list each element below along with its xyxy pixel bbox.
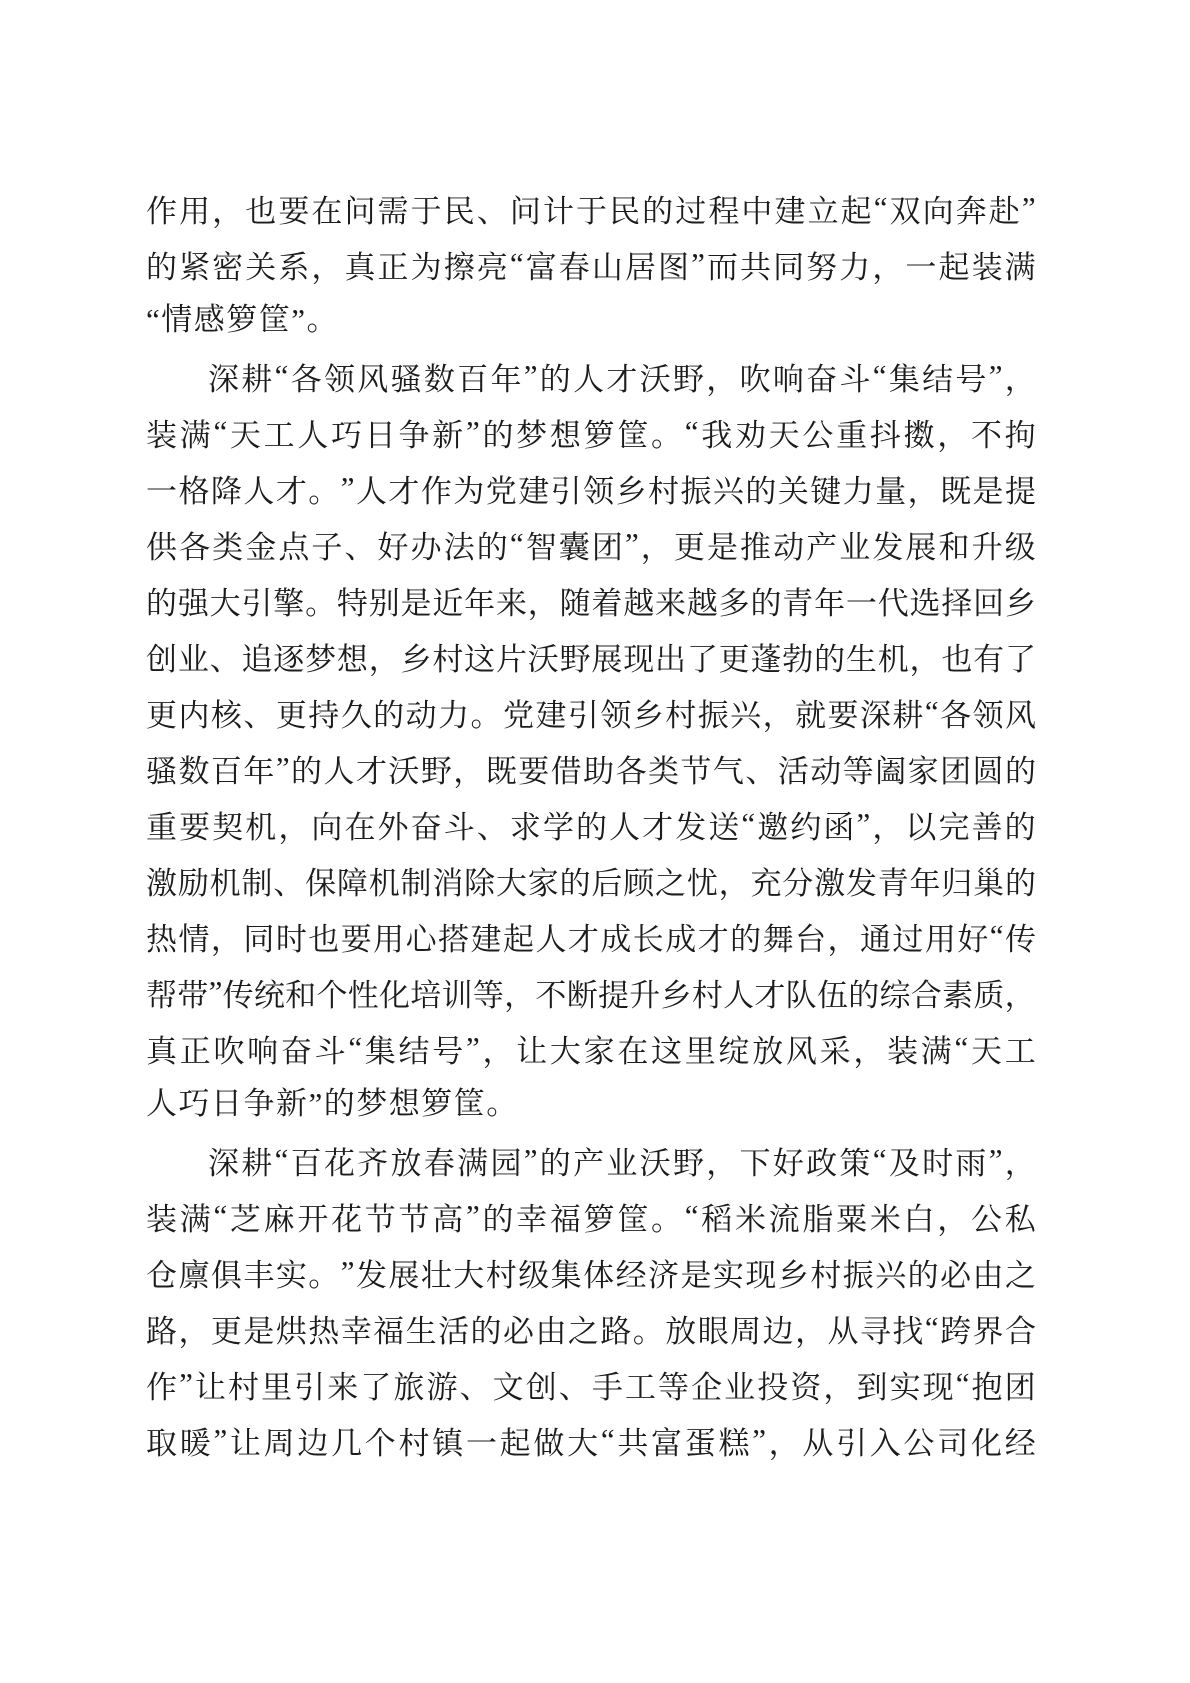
character-glyph: 中 — [741, 186, 772, 231]
character-glyph: 。 — [633, 1306, 664, 1351]
character-glyph: ， — [828, 914, 859, 959]
character-glyph: 努 — [806, 242, 837, 287]
character-glyph: 引 — [551, 466, 582, 511]
character-glyph: 奋 — [411, 802, 442, 847]
character-glyph: ” — [989, 358, 1003, 394]
text-line: “情感箩筐”。 — [146, 292, 1036, 348]
character-glyph: 天 — [971, 1026, 1002, 1071]
character-glyph: 来 — [655, 578, 686, 623]
character-glyph: ” — [625, 526, 639, 562]
character-glyph: 在 — [344, 802, 375, 847]
character-glyph: 和 — [938, 522, 969, 567]
character-glyph: 必 — [940, 1250, 971, 1295]
character-glyph: 找 — [892, 1306, 923, 1351]
character-glyph: 人 — [243, 466, 274, 511]
character-glyph: ， — [528, 578, 559, 623]
character-glyph: 善 — [972, 802, 1003, 847]
character-glyph: 斗 — [444, 802, 475, 847]
character-glyph: 断 — [567, 970, 598, 1015]
character-glyph: 镇 — [432, 1418, 463, 1463]
character-glyph: 领 — [973, 690, 1004, 735]
character-glyph: 。 — [651, 1194, 682, 1239]
character-glyph: 选 — [910, 578, 941, 623]
character-glyph: 振 — [680, 466, 711, 511]
character-glyph: 发 — [675, 802, 706, 847]
character-glyph: 的 — [814, 634, 845, 679]
character-glyph: 路 — [600, 1306, 631, 1351]
character-glyph: 于 — [576, 186, 607, 231]
character-glyph: 既 — [486, 746, 517, 791]
character-glyph: 近 — [432, 578, 463, 623]
character-glyph: 程 — [708, 186, 739, 231]
character-glyph: 要 — [179, 802, 210, 847]
character-glyph: 才 — [606, 354, 637, 399]
character-glyph: 装 — [146, 410, 177, 455]
character-glyph: 园 — [490, 1138, 521, 1183]
character-glyph: 放 — [391, 1138, 422, 1183]
character-glyph: 烘 — [276, 1306, 307, 1351]
character-glyph: 正 — [378, 242, 409, 287]
character-glyph: 业 — [606, 1138, 637, 1183]
character-glyph: ， — [211, 914, 242, 959]
character-glyph: “ — [741, 806, 755, 842]
character-glyph: 升 — [972, 522, 1003, 567]
character-glyph: 创 — [146, 634, 177, 679]
character-glyph: 量 — [875, 466, 906, 511]
character-glyph: 动 — [810, 746, 841, 791]
character-glyph: 沃 — [640, 354, 671, 399]
character-glyph: 的 — [560, 858, 591, 903]
character-glyph: 业 — [178, 634, 209, 679]
character-glyph: 公 — [802, 410, 833, 455]
character-glyph: ， — [504, 970, 535, 1015]
character-glyph: 年 — [490, 354, 521, 399]
character-glyph: 之 — [568, 1306, 599, 1351]
character-glyph: 家 — [528, 858, 559, 903]
character-glyph: 擎 — [273, 578, 304, 623]
character-glyph: 眼 — [698, 1306, 729, 1351]
character-glyph: 充 — [750, 858, 781, 903]
text-line: 深耕“各领风骚数百年”的人才沃野，吹响奋斗“集结号”， — [146, 348, 1036, 404]
character-glyph: ， — [1005, 354, 1036, 399]
character-glyph: 是 — [680, 1250, 711, 1295]
character-glyph: 择 — [941, 578, 972, 623]
character-glyph: ， — [908, 466, 939, 511]
character-glyph: 用 — [373, 914, 404, 959]
character-glyph: 我 — [701, 410, 732, 455]
character-glyph: 完 — [938, 802, 969, 847]
character-glyph: 边 — [763, 1306, 794, 1351]
character-glyph: ， — [1005, 1138, 1036, 1183]
character-glyph: 引 — [241, 578, 272, 623]
character-glyph: ， — [795, 1306, 826, 1351]
character-glyph: 手 — [592, 1362, 623, 1407]
character-glyph: 民 — [609, 186, 640, 231]
character-glyph: 的 — [373, 690, 404, 735]
character-glyph: 个 — [316, 970, 347, 1015]
character-glyph: ， — [763, 690, 794, 735]
character-glyph: 巧 — [331, 410, 362, 455]
character-glyph: 年 — [464, 578, 495, 623]
character-glyph: 放 — [665, 1306, 696, 1351]
character-glyph: 满 — [457, 1138, 488, 1183]
character-glyph: 向 — [923, 186, 954, 231]
character-glyph: 丰 — [243, 1250, 274, 1295]
character-glyph: 白 — [904, 1194, 935, 1239]
character-glyph: 团 — [1005, 1362, 1036, 1407]
character-glyph: ， — [823, 1362, 854, 1407]
character-glyph: 引 — [294, 1362, 325, 1407]
character-glyph: 的 — [1005, 802, 1036, 847]
character-glyph: 的 — [146, 578, 177, 623]
character-glyph: 的 — [291, 746, 322, 791]
character-glyph: 乡 — [616, 466, 647, 511]
character-glyph: 才 — [698, 914, 729, 959]
character-glyph: ， — [872, 802, 903, 847]
character-glyph: 以 — [905, 802, 936, 847]
character-glyph: 满 — [180, 1194, 211, 1239]
character-glyph: 投 — [757, 1362, 788, 1407]
character-glyph: 年 — [910, 858, 941, 903]
character-glyph: 春 — [559, 242, 590, 287]
character-glyph: 产 — [573, 1138, 604, 1183]
character-glyph: 是 — [243, 1306, 274, 1351]
character-glyph: 乡 — [1005, 578, 1036, 623]
character-glyph: 这 — [464, 634, 495, 679]
character-glyph: 助 — [583, 746, 614, 791]
character-glyph: ， — [937, 1194, 968, 1239]
character-glyph: 向 — [311, 802, 342, 847]
character-glyph: 日 — [365, 410, 396, 455]
character-glyph: 俱 — [211, 1250, 242, 1295]
character-glyph: 引 — [568, 690, 599, 735]
character-glyph: 采 — [820, 1026, 851, 1071]
character-glyph: “ — [275, 1142, 289, 1178]
character-glyph: 糕 — [718, 1418, 749, 1463]
character-glyph: 野 — [560, 634, 591, 679]
character-glyph: 幸 — [516, 1194, 547, 1239]
character-glyph: 用 — [179, 186, 210, 231]
character-glyph: 人 — [535, 914, 566, 959]
character-glyph: 想 — [337, 634, 368, 679]
character-glyph: 深 — [860, 690, 891, 735]
character-glyph: 界 — [973, 1306, 1004, 1351]
character-glyph: 机 — [245, 802, 276, 847]
character-glyph: 。 — [308, 466, 339, 511]
character-glyph: 制 — [401, 858, 432, 903]
character-glyph: 由 — [973, 1250, 1004, 1295]
character-glyph: 党 — [503, 690, 534, 735]
character-glyph: 多 — [719, 578, 750, 623]
character-glyph: 来 — [327, 1362, 358, 1407]
character-glyph: 。 — [471, 690, 502, 735]
character-glyph: “ — [685, 414, 699, 450]
character-glyph: 村 — [810, 1250, 841, 1295]
character-glyph: 法 — [444, 522, 475, 567]
character-glyph: “ — [874, 190, 888, 226]
character-glyph: 时 — [276, 914, 307, 959]
character-glyph: 民 — [444, 186, 475, 231]
character-glyph: 大 — [496, 858, 527, 903]
character-glyph: 深 — [208, 1138, 239, 1183]
character-glyph: 骚 — [146, 746, 177, 791]
character-glyph: 青 — [782, 578, 813, 623]
character-glyph: ， — [369, 634, 400, 679]
character-glyph: 风 — [1005, 690, 1036, 735]
character-glyph: 领 — [324, 354, 355, 399]
character-glyph: 求 — [510, 802, 541, 847]
character-glyph: 供 — [146, 522, 177, 567]
character-glyph: 斗 — [839, 354, 870, 399]
character-glyph: 村 — [665, 690, 696, 735]
character-glyph: 、 — [745, 746, 776, 791]
character-glyph: 风 — [786, 1026, 817, 1071]
character-glyph: 伍 — [817, 970, 848, 1015]
character-glyph: 。 — [651, 410, 682, 455]
character-glyph: 结 — [922, 354, 953, 399]
character-glyph: 在 — [311, 186, 342, 231]
character-glyph: 等 — [473, 970, 504, 1015]
character-glyph: 业 — [724, 1362, 755, 1407]
character-glyph: 综 — [880, 970, 911, 1015]
character-glyph: 带 — [177, 970, 208, 1015]
character-glyph: 经 — [1005, 1418, 1036, 1463]
character-glyph: 振 — [698, 690, 729, 735]
character-glyph: 机 — [210, 858, 241, 903]
character-glyph: 绽 — [718, 1026, 749, 1071]
character-glyph: 智 — [526, 522, 557, 567]
character-glyph: 不 — [535, 970, 566, 1015]
character-glyph: 领 — [600, 690, 631, 735]
character-glyph: ” — [691, 246, 705, 282]
character-glyph: 大 — [550, 1026, 581, 1071]
character-glyph: 好 — [773, 1138, 804, 1183]
character-glyph: 劝 — [735, 410, 766, 455]
character-glyph: 心 — [406, 914, 437, 959]
character-glyph: 拘 — [1005, 410, 1036, 455]
character-glyph: 耕 — [241, 1138, 272, 1183]
character-glyph: 传 — [1005, 914, 1036, 959]
character-glyph: 振 — [843, 1250, 874, 1295]
character-glyph: 百 — [291, 1138, 322, 1183]
character-glyph: 双 — [890, 186, 921, 231]
character-glyph: ” — [466, 1198, 480, 1234]
character-glyph: 真 — [344, 242, 375, 287]
character-glyph: 等 — [843, 746, 874, 791]
character-glyph: 传 — [223, 970, 254, 1015]
character-glyph: 山 — [592, 242, 623, 287]
document-text-block: 作用，也要在问需于民、问计于民的过程中建立起“双向奔赴”的紧密关系，真正为擦亮“… — [146, 180, 1036, 1468]
character-glyph: 赴 — [989, 186, 1020, 231]
character-glyph: 下 — [740, 1138, 771, 1183]
character-glyph: 着 — [591, 578, 622, 623]
character-glyph: 不 — [971, 410, 1002, 455]
character-glyph: 持 — [308, 690, 339, 735]
character-glyph: 号 — [955, 354, 986, 399]
character-glyph: 大 — [210, 578, 241, 623]
character-glyph: 生 — [846, 634, 877, 679]
character-glyph: 筐 — [617, 410, 648, 455]
character-glyph: 花 — [324, 1138, 355, 1183]
character-glyph: 活 — [438, 1306, 469, 1351]
character-glyph: 吹 — [740, 354, 771, 399]
character-glyph: ” — [524, 1142, 538, 1178]
character-glyph: 逐 — [273, 634, 304, 679]
character-glyph: 函 — [823, 802, 854, 847]
character-glyph: 从 — [828, 1306, 859, 1351]
text-line: 作”让村里引来了旅游、文创、手工等企业投资，到实现“抱团 — [146, 1356, 1036, 1412]
character-glyph: 系 — [278, 242, 309, 287]
character-glyph: “ — [955, 1030, 969, 1066]
character-glyph: 、 — [477, 186, 508, 231]
character-glyph: ， — [278, 802, 309, 847]
character-glyph: 的 — [730, 914, 761, 959]
character-glyph: 乡 — [633, 690, 664, 735]
character-glyph: 也 — [941, 634, 972, 679]
character-glyph: 数 — [424, 354, 455, 399]
character-glyph: 乡 — [778, 1250, 809, 1295]
character-glyph: 起 — [841, 186, 872, 231]
character-glyph: ， — [872, 242, 903, 287]
character-glyph: “ — [601, 1422, 615, 1458]
character-glyph: “ — [990, 918, 1004, 954]
character-glyph: 正 — [180, 1026, 211, 1071]
character-glyph: 长 — [633, 914, 664, 959]
character-glyph: 人 — [297, 410, 328, 455]
character-glyph: 的 — [471, 1306, 502, 1351]
character-glyph: 更 — [146, 690, 177, 735]
character-glyph: ” — [466, 414, 480, 450]
character-glyph: 重 — [836, 410, 867, 455]
character-glyph: 展 — [591, 634, 622, 679]
text-line: 更内核、更持久的动力。党建引领乡村振兴，就要深耕“各领风 — [146, 684, 1036, 740]
character-glyph: 化 — [379, 970, 410, 1015]
character-glyph: 更 — [211, 1306, 242, 1351]
character-glyph: 各 — [940, 690, 971, 735]
character-glyph: 才 — [388, 466, 419, 511]
character-glyph: 高 — [432, 1194, 463, 1239]
character-glyph: 新 — [432, 410, 463, 455]
character-glyph: 真 — [146, 1026, 177, 1071]
character-glyph: 起 — [938, 242, 969, 287]
character-glyph: 励 — [178, 858, 209, 903]
character-glyph: 人 — [573, 354, 604, 399]
character-glyph: 的 — [848, 970, 879, 1015]
character-glyph: 了 — [1005, 634, 1036, 679]
character-glyph: 满 — [1005, 242, 1036, 287]
character-glyph: 由 — [535, 1306, 566, 1351]
character-glyph: 越 — [623, 578, 654, 623]
character-glyph: 内 — [178, 690, 209, 735]
character-glyph: ， — [910, 634, 941, 679]
character-glyph: 力 — [438, 690, 469, 735]
character-glyph: 人 — [609, 802, 640, 847]
character-glyph: 沃 — [640, 1138, 671, 1183]
character-glyph: 之 — [655, 858, 686, 903]
character-glyph: 节 — [399, 1194, 430, 1239]
character-glyph: 的 — [745, 466, 776, 511]
character-glyph: 春 — [424, 1138, 455, 1183]
character-glyph: 好 — [957, 914, 988, 959]
character-glyph: 为 — [411, 242, 442, 287]
character-glyph: 个 — [365, 1418, 396, 1463]
character-glyph: 现 — [923, 1362, 954, 1407]
character-glyph: 引 — [836, 1418, 867, 1463]
character-glyph: 紧 — [179, 242, 210, 287]
character-glyph: ” — [276, 750, 290, 786]
character-glyph: 沃 — [388, 746, 419, 791]
character-glyph: ， — [178, 1306, 209, 1351]
character-glyph: 人 — [356, 466, 387, 511]
character-glyph: 集 — [889, 354, 920, 399]
character-glyph: 抖 — [870, 410, 901, 455]
character-glyph: ” — [856, 806, 870, 842]
character-glyph: “ — [348, 1030, 362, 1066]
character-glyph: “ — [510, 246, 524, 282]
character-glyph: 福 — [373, 1306, 404, 1351]
character-glyph: 、 — [243, 690, 274, 735]
character-glyph: ， — [769, 1418, 800, 1463]
character-glyph: 起 — [503, 914, 534, 959]
character-glyph: 升 — [629, 970, 660, 1015]
character-glyph: 后 — [591, 858, 622, 903]
character-glyph: 济 — [648, 1250, 679, 1295]
character-glyph: 合 — [1005, 1306, 1036, 1351]
character-glyph: 公 — [971, 1194, 1002, 1239]
character-glyph: 顾 — [623, 858, 654, 903]
character-glyph: 、 — [273, 858, 304, 903]
text-line: 作用，也要在问需于民、问计于民的过程中建立起“双向奔赴” — [146, 180, 1036, 236]
character-glyph: 点 — [278, 522, 309, 567]
character-glyph: 经 — [616, 1250, 647, 1295]
character-glyph: 百 — [211, 746, 242, 791]
character-glyph: 周 — [730, 1306, 761, 1351]
character-glyph: 格 — [178, 466, 209, 511]
character-glyph: “ — [213, 414, 227, 450]
text-line: 激励机制、保障机制消除大家的后顾之忧，充分激发青年归巢的 — [146, 852, 1036, 908]
character-glyph: 气 — [713, 746, 744, 791]
character-glyph: 推 — [740, 522, 771, 567]
character-glyph: 圆 — [973, 746, 1004, 791]
character-glyph: 的 — [750, 578, 781, 623]
character-glyph: 的 — [146, 242, 177, 287]
character-glyph: ， — [719, 858, 750, 903]
text-line: 骚数百年”的人才沃野，既要借助各类节气、活动等阖家团圆的 — [146, 740, 1036, 796]
character-glyph: 动 — [406, 690, 437, 735]
character-glyph: 要 — [341, 914, 372, 959]
character-glyph: 发 — [872, 522, 903, 567]
character-glyph: 于 — [411, 186, 442, 231]
character-glyph: 的 — [540, 1138, 571, 1183]
character-glyph: 消 — [432, 858, 463, 903]
character-glyph: 关 — [778, 466, 809, 511]
character-glyph: 提 — [1005, 466, 1036, 511]
character-glyph: ” — [209, 974, 223, 1010]
character-glyph: 、 — [460, 1362, 491, 1407]
character-glyph: 兴 — [713, 466, 744, 511]
character-glyph: 现 — [745, 1250, 776, 1295]
character-glyph: 米 — [735, 1194, 766, 1239]
character-glyph: 现 — [623, 634, 654, 679]
character-glyph: 需 — [378, 186, 409, 231]
character-glyph: 天 — [230, 410, 261, 455]
character-glyph: ， — [706, 354, 737, 399]
character-glyph: 生 — [406, 1306, 437, 1351]
character-glyph: 同 — [773, 242, 804, 287]
text-line: 装满“芝麻开花节节高”的幸福箩筐。“稻米流脂粟米白，公私 — [146, 1188, 1036, 1244]
character-glyph: 通 — [860, 914, 891, 959]
character-glyph: 既 — [940, 466, 971, 511]
